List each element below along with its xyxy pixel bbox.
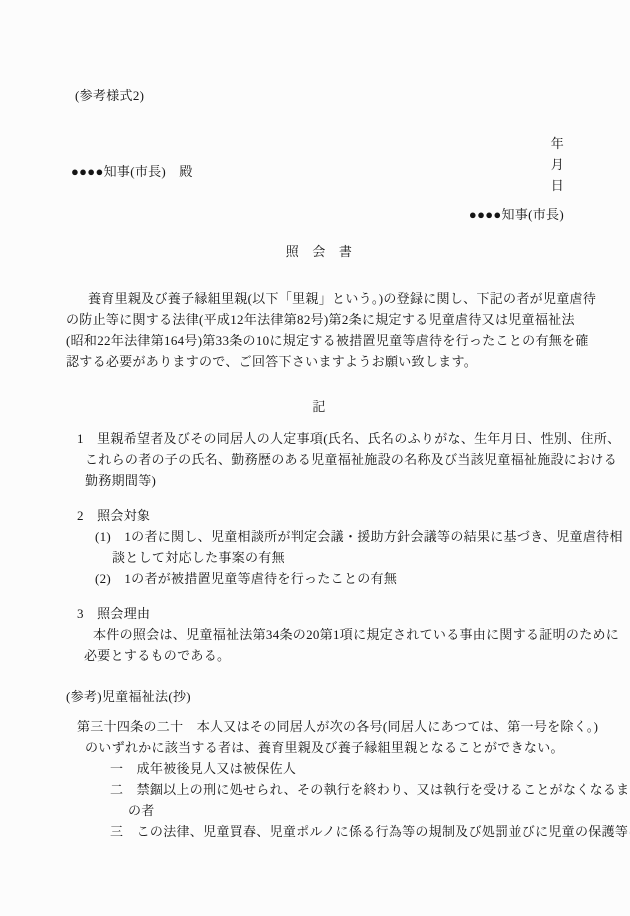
- date-year-label: 年: [551, 133, 564, 154]
- spacer: [66, 707, 572, 716]
- spacer: [66, 589, 572, 603]
- item-3-body-line: 必要とするものである。: [66, 645, 572, 666]
- intro-line: (昭和22年法律第164号)第33条の10に規定する被措置児童等虐待を行ったこと…: [66, 330, 572, 351]
- item-1-line: これらの者の子の氏名、勤務歴のある児童福祉施設の名称及び当該児童福祉施設における: [66, 449, 572, 470]
- article-clause-1: 一 成年被後見人又は被保佐人: [66, 758, 572, 779]
- item-2-sub1-line: (1) 1の者に関し、児童相談所が判定会議・援助方針会議等の結果に基づき、児童虐…: [66, 526, 572, 547]
- addressee-line: ●●●●知事(市長) 殿: [66, 161, 572, 182]
- date-month-label: 月: [551, 154, 564, 175]
- date-line: 年 月 日: [66, 112, 572, 133]
- item-3-heading: 3 照会理由: [66, 603, 572, 624]
- spacer: [66, 182, 572, 204]
- item-1-identification: 1 里親希望者及びその同居人の人定事項(氏名、氏名のふりがな、生年月日、性別、住…: [66, 428, 572, 491]
- item-2-heading: 2 照会対象: [66, 505, 572, 526]
- article-34-20-excerpt: 第三十四条の二十 本人又はその同居人が次の各号(同居人にあつては、第一号を除く。…: [66, 716, 572, 842]
- article-head-line: のいずれかに該当する者は、養育里親及び養子縁組里親となることができない。: [66, 737, 572, 758]
- intro-line: 養育里親及び養子縁組里親(以下「里親」という。)の登録に関し、下記の者が児童虐待: [66, 288, 572, 309]
- item-2-sub1-line: 談として対応した事案の有無: [66, 547, 572, 568]
- article-clause-3: 三 この法律、児童買春、児童ポルノに係る行為等の規制及び処罰並びに児童の保護等に: [66, 821, 572, 842]
- item-2-sub2-line: (2) 1の者が被措置児童等虐待を行ったことの有無: [66, 568, 572, 589]
- intro-line: 認する必要がありますので、ご回答下さいますようお願い致します。: [66, 351, 572, 372]
- spacer: [66, 666, 572, 686]
- form-style-label: (参考様式2): [66, 85, 572, 106]
- item-3-body-line: 本件の照会は、児童福祉法第34条の20第1項に規定されている事由に関する証明のた…: [66, 624, 572, 645]
- spacer: [66, 133, 572, 161]
- spacer: [66, 417, 572, 428]
- item-1-line: 1 里親希望者及びその同居人の人定事項(氏名、氏名のふりがな、生年月日、性別、住…: [66, 428, 572, 449]
- spacer: [66, 491, 572, 505]
- article-clause-2-line: の者: [66, 800, 572, 821]
- item-3-inquiry-reason: 3 照会理由 本件の照会は、児童福祉法第34条の20第1項に規定されている事由に…: [66, 603, 572, 666]
- document-title: 照 会 書: [66, 241, 572, 262]
- sender-line: ●●●●知事(市長): [66, 204, 572, 225]
- spacer: [66, 225, 572, 241]
- item-2-inquiry-subject: 2 照会対象 (1) 1の者に関し、児童相談所が判定会議・援助方針会議等の結果に…: [66, 505, 572, 589]
- reference-heading: (参考)児童福祉法(抄): [66, 686, 572, 707]
- article-clause-2-line: 二 禁錮以上の刑に処せられ、その執行を終わり、又は執行を受けることがなくなるまで: [66, 779, 572, 800]
- intro-paragraph: 養育里親及び養子縁組里親(以下「里親」という。)の登録に関し、下記の者が児童虐待…: [66, 288, 572, 372]
- spacer: [66, 372, 572, 396]
- article-head-line: 第三十四条の二十 本人又はその同居人が次の各号(同居人にあつては、第一号を除く。…: [66, 716, 572, 737]
- inquiry-letter-page: (参考様式2) 年 月 日 ●●●●知事(市長) 殿 ●●●●知事(市長) 照 …: [0, 0, 630, 916]
- record-marker: 記: [66, 396, 572, 417]
- item-1-line: 勤務期間等): [66, 470, 572, 491]
- date-day-label: 日: [551, 175, 564, 196]
- intro-line: の防止等に関する法律(平成12年法律第82号)第2条に規定する児童虐待又は児童福…: [66, 309, 572, 330]
- spacer: [66, 262, 572, 288]
